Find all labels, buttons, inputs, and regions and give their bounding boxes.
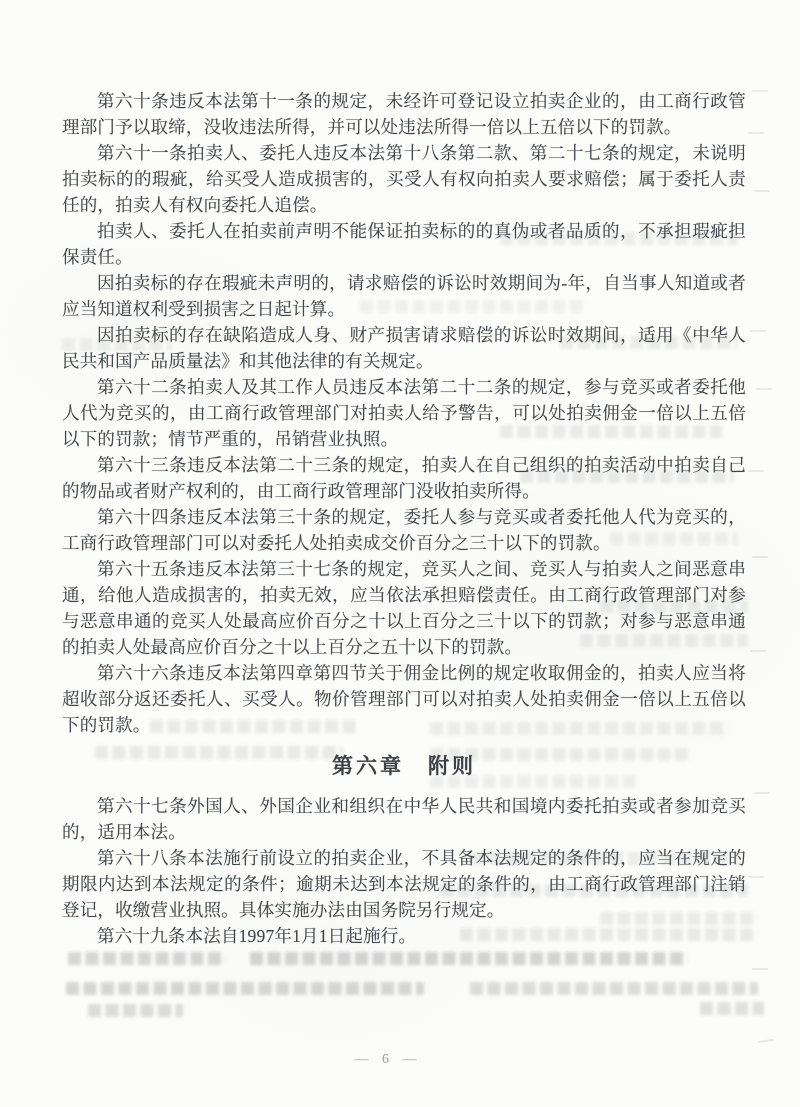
- scan-mark: [750, 650, 766, 652]
- paragraph: 第六十五条违反本法第三十七条的规定，竞买人之间、竞买人与拍卖人之间恶意串通，给他…: [62, 556, 746, 660]
- section-supplementary-provisions: 第六十七条外国人、外国企业和组织在中华人民共和国境内委托拍卖或者参加竞买的，适用…: [62, 793, 746, 949]
- scan-mark: [748, 876, 764, 878]
- paragraph: 第六十九条本法自1997年1月1日起施行。: [62, 923, 746, 949]
- paragraph: 第六十三条违反本法第二十三条的规定，拍卖人在自己组织的拍卖活动中拍卖自己的物品或…: [62, 452, 746, 504]
- paragraph: 第六十七条外国人、外国企业和组织在中华人民共和国境内委托拍卖或者参加竞买的，适用…: [62, 793, 746, 845]
- paragraph: 因拍卖标的存在瑕疵未声明的，请求赔偿的诉讼时效期间为-年，自当事人知道或者应当知…: [62, 270, 746, 322]
- bleedthrough-line: [700, 1002, 764, 1015]
- scan-mark: [748, 132, 764, 134]
- scanned-document-page: 第六十条违反本法第十一条的规定，未经许可登记设立拍卖企业的，由工商行政管理部门予…: [0, 0, 800, 1107]
- paragraph: 第六十六条违反本法第四章第四节关于佣金比例的规定收取佣金的，拍卖人应当将超收部分…: [62, 660, 746, 738]
- bleedthrough-line: [88, 1004, 183, 1017]
- bleedthrough-line: [470, 982, 758, 995]
- bleedthrough-line: [250, 952, 688, 965]
- paragraph: 第六十四条违反本法第三十条的规定，委托人参与竞买或者委托他人代为竞买的，工商行政…: [62, 504, 746, 556]
- paragraph: 因拍卖标的存在缺陷造成人身、财产损害请求赔偿的诉讼时效期间，适用《中华人民共和国…: [62, 322, 746, 374]
- section-legal-liability: 第六十条违反本法第十一条的规定，未经许可登记设立拍卖企业的，由工商行政管理部门予…: [62, 88, 746, 738]
- bleedthrough-line: [66, 982, 424, 995]
- bleedthrough-line: [68, 952, 226, 965]
- paragraph: 第六十二条拍卖人及其工作人员违反本法第二十二条的规定，参与竞买或者委托他人代为竞…: [62, 374, 746, 452]
- page-number: — 6 —: [355, 1052, 422, 1067]
- paragraph: 第六十八条本法施行前设立的拍卖企业，不具备本法规定的条件的，应当在规定的期限内达…: [62, 845, 746, 923]
- scan-mark: [756, 388, 772, 390]
- scan-mark: [754, 190, 770, 192]
- paragraph: 拍卖人、委托人在拍卖前声明不能保证拍卖标的的真伪或者品质的，不承担瑕疵担保责任。: [62, 218, 746, 270]
- scan-mark: [754, 792, 770, 794]
- scan-mark: [750, 330, 766, 332]
- legal-text-block: 第六十条违反本法第十一条的规定，未经许可登记设立拍卖企业的，由工商行政管理部门予…: [62, 88, 746, 949]
- paragraph: 第六十一条拍卖人、委托人违反本法第十八条第二款、第二十七条的规定，未说明拍卖标的…: [62, 140, 746, 218]
- paragraph: 第六十条违反本法第十一条的规定，未经许可登记设立拍卖企业的，由工商行政管理部门予…: [62, 88, 746, 140]
- scan-mark: [748, 470, 764, 472]
- chapter-heading: 第六章 附则: [62, 753, 746, 779]
- scan-mark: [752, 90, 768, 92]
- scan-mark: [752, 968, 768, 970]
- page-footer: — 6 —: [0, 1050, 788, 1068]
- scan-mark: [758, 1039, 774, 1043]
- scan-mark: [752, 556, 768, 558]
